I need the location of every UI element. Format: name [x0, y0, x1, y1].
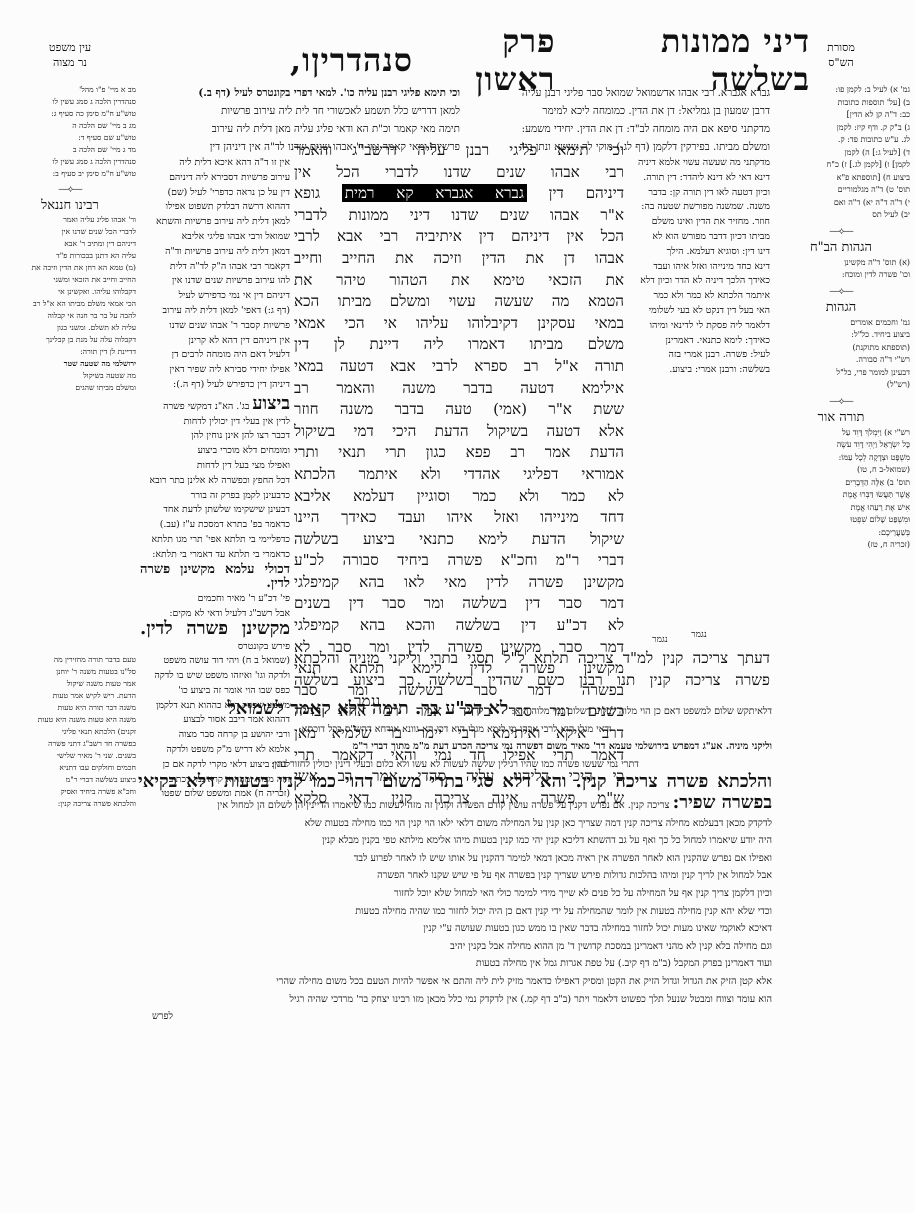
rabbeinu-chananel-line: ור' אבהו פליג עליה ואמר [4, 214, 136, 226]
tosafot-line: דמאן דלית ליה עירוב פרשיות וד"ה [140, 245, 290, 260]
gemara-line: לא כמר ולא כמר וסוגיין דעלמא אליבא [294, 486, 624, 508]
ner-mitzvah-title-line: נר מצוה [4, 55, 136, 70]
torah-or-line: כָּל יִשְׂרָאֵל וַיְהִי דָוִד עֹשֶׂה [772, 439, 910, 452]
page-catchword: לפרש [138, 1008, 772, 1026]
rabbeinu-chananel-line: טעם בדבר תורה מחזירין מה [4, 654, 136, 666]
bottom-paragraph: וגם מחילה בלא קנין לא מהני דאמרינן במסכת… [138, 938, 772, 956]
rashi-line: דינא דאי לא דינא ליהדר: דין תורה. [628, 171, 770, 186]
rabbeinu-chananel-line: בפשרה חד רשב"ג דתני פשרה [4, 738, 136, 750]
tosafot-line: שמואל ורבי אבהו פליגי אליבא [140, 230, 290, 245]
rabbeinu-chananel-line: וחכ"א פשרה ביחיד ואסיק [4, 786, 136, 798]
gemara-line: אילימא דטעה בדבר משנה והאמר רב [294, 378, 624, 400]
bottom-paragraph: הוא עומד וצווח ומבטל שנעל תלך כפשוט דלאמ… [138, 991, 772, 1009]
ornament-divider-icon: —⟡— [772, 286, 910, 299]
masoret-line: ביצוע ח) [תוספתא פ"א [772, 172, 910, 185]
rabbeinu-chananel-line: משנה היא טעות משנה היא טעות [4, 714, 136, 726]
bottom-paragraph: והלכתא פשרה צריכה קנין. והא דלא סגי בתרי… [138, 773, 772, 814]
tosafot-line: כדאמרי בי תלתא עד דאמרי בי תלתא: [140, 548, 290, 563]
torah-or-line: תוס' ב) אֵלֶּה הַדְּבָרִים [772, 477, 910, 490]
rabbeinu-chananel-line: והלכתא פשרה צריכה קנין: [4, 798, 136, 810]
rabbeinu-chananel-line: אמר טעות משנה שיקול [4, 678, 136, 690]
gemara-line: אבהו דן את הדין וזיכה את החייב וחייב [294, 248, 624, 270]
gemara-line: שיקול הדעת לימא כתנאי ביצוע בשלשה [294, 529, 624, 551]
torah-or-line: בְּשַׁעֲרֵיכֶם: [772, 527, 910, 540]
tosafot-line: כדבעינן לקמן בפרק זה בורר [140, 489, 290, 504]
bottom-paragraph: אלא קטן הזיק את הגדול וגדול הזיק את הקטן… [138, 973, 772, 991]
hagahot-line: (תוספתא מתוקנת) [772, 342, 910, 355]
bottom-paragraph: וכדי שלא יהא קנין מחילה בטעות אין לומר ש… [138, 903, 772, 921]
gemara-line: דברי ר"מ וחכ"א פשרה ביחיד סבורה לכ"ע [294, 550, 624, 572]
tosafot-dibur-hamatchil: ביצוע [252, 393, 290, 414]
bottom-paragraph: דאיכא לאוקמי שאינו מעות יכול לחזור במחיל… [138, 920, 772, 938]
gemara-line: הטמא מה שעשה עשוי ומשלם מביתו הכא [294, 291, 624, 313]
gemara-line: לא דכ"ע דין בשלשה והכא בהא קמיפלגי [294, 615, 624, 637]
rabbeinu-chananel-title: רבינו חננאל [4, 200, 136, 212]
ein-mishpat-line: סנהדרין הלכה ג סמג עשין לו [4, 156, 136, 168]
ornament-divider-icon: —⟡— [772, 396, 910, 409]
ein-mishpat-line: מג ב מיי' שם הלכה ה [4, 120, 136, 132]
rabbeinu-chananel-line: הכי אמאי משלם מביתו הא א"ל רב [4, 298, 136, 310]
hagahot-title: הגהות [772, 302, 910, 315]
rashi-line: כאידך הלכך דיניה לא הדר וכיון דלא [628, 274, 770, 289]
rabbeinu-chananel-line: ומשלם מביתו שהגים [4, 382, 136, 394]
tosafot-line: לדין אין בעלי דין יכולין לדחות [140, 415, 290, 430]
masoret-line: ב) [על' תוספות כתובות [772, 97, 910, 110]
rashi-line: דינא כחד מינייהו ואזל איהו ועבד [628, 260, 770, 275]
tosafot-line: דכבר רצו להן אינן נוחין להן [140, 429, 290, 444]
gemara-line: דעתך צריכה קנין למ"ד צריכה תלתא ל"ל תסגי… [294, 648, 770, 670]
gemara-line: א"ר אבהו שנים שדנו דיני ממונות לדברי [294, 205, 624, 227]
tosafot-line: אין זו ד"ה דהא איכא דלית ליה [140, 156, 290, 171]
tosafot-line: ואפילו מצי בעל דין לדחות [140, 459, 290, 474]
masoret-line: גמ' א) לעיל ב: לקמן פו: [772, 84, 910, 97]
bottom-paragraph: וכיון דלקמן צריך קנין אף על המחילה על כל… [138, 885, 772, 903]
bottom-commentary: דלאיתקש שלום למשפט דאם כן הוי מלוה לבלוע… [138, 700, 772, 1026]
hagahot-line: גמ' וחכמים אומרים [772, 317, 910, 330]
gemara-line-highlighted: דיניהם דין גברא אגברא קא רמית גופא [294, 183, 624, 205]
gemara-line: ששת א"ר (אמי) טעה בדבר משנה חוזר [294, 399, 624, 421]
masoret-line: תוס' ט) ד"ה מגלמוריים [772, 184, 910, 197]
masoret-line: לג. ע"ש כתובות פד: ק. [772, 134, 910, 147]
tosafot-line: (שמואל ב ח) ויהי דוד עושה משפט [140, 654, 290, 669]
tosafot-line: דיניהם דין אי נמי כדפירש לעיל [140, 289, 290, 304]
ein-mishpat-line: טוש"ע ח"מ סימן יב סעיף ב: [4, 168, 136, 180]
gemara-line: דמר סבר דין בשלשה ומר סבר דין בשנים [294, 593, 624, 615]
masoret-line: י) ד"ה ד"ה יא) ד"ה ואם [772, 197, 910, 210]
tosafot-dibur-hamatchil: דכולי עלמא מקשינן פשרה לדין. [140, 563, 290, 593]
rabbeinu-chananel-line: בשנים. שני ר' מאיר שלישי [4, 750, 136, 762]
gemara-line: הדעת אמר רב פפא כגון תרי תנאי ותרי [294, 442, 624, 464]
tosafot-line: למאן דדריש כלל תשמע לאכשורי חד לית ליה ע… [140, 102, 460, 120]
gemara-text-segment: דיניהם דין [549, 184, 624, 202]
search-highlight[interactable]: גברא אגברא קא רמית [342, 184, 527, 202]
gemara-text-segment: גופא [294, 184, 320, 202]
masoret-line: לקמן] ו) [לקמן לג.] ז) כ"ח [772, 159, 910, 172]
bottom-paragraph: לדקדק מכאן דבעלמא מחילה צריכה קנין דמה ש… [138, 815, 772, 833]
rabbeinu-chananel-line: לדברי הכל שנים שדנו אין [4, 226, 136, 238]
bottom-paragraph: וליקני מיניה. אע"ג דמפרש בירושלמי טעמא ד… [138, 738, 772, 756]
gemara-line: מקשינן פשרה לדין מאי לאו בהא קמיפלגי [294, 572, 624, 594]
rabbeinu-chananel-line: ירושלמי מה שטעה שטר [4, 358, 136, 370]
rashi-line: האי בעל דין דנקט לא בעי לשלומי [628, 304, 770, 319]
torah-or-line: רש"י א) וַיִּמְלֹךְ דָּוִד עַל [772, 427, 910, 440]
bottom-paragraph: ואפילו אם נפרש שהקנין הוא לאחר הפשרה אין… [138, 850, 772, 868]
rabbeinu-chananel-line: דקבלוה עלה על מנת בן קבלינך [4, 334, 136, 346]
tosafot-line: להו עירוב פרשיות שנים שדנו אין [140, 274, 290, 289]
gemara-line: רבי אבהו שנים שדנו לדברי הכל אין [294, 162, 624, 184]
tosafot-line: כדפליימי בי תלתא אפי' תרי מגו תלתא [140, 533, 290, 548]
gemara-line: וכי תימא פליגי רבנן עליה דרשב"ג והאמר [294, 140, 624, 162]
rabbeinu-chananel-line: הדעת. ריש לקיש אמר טעות [4, 690, 136, 702]
rashi-line: מדקתני מה שעשה עשוי אלמא דיניה [628, 156, 770, 171]
ornament-divider-icon: —⟡— [772, 226, 910, 239]
rashi-line: וכיון דטעה לאו דין תורה קן: בדבר [628, 186, 770, 201]
ein-mishpat-line: טוש"ע ח"מ סימן כה סעיף ג: [4, 108, 136, 120]
tosafot-line: כפס שבו הוי אומר זה ביצוע כו' [140, 684, 290, 699]
hagahot-line: רש"י ד"ה סבורה. [772, 354, 910, 367]
rabbeinu-chananel-line: (מ) טמא הא רחן את הדין וזיכה את [4, 262, 136, 274]
rabbeinu-chananel-line: דקבלוהו עליהו. ואקשינן אי [4, 286, 136, 298]
gemara-line: במאי עסקינן דקיבלוהו עליהו אי הכי אמאי [294, 313, 624, 335]
tosafot-line: דיניהן דין כדפירש לעיל (דף ה.): [140, 378, 290, 393]
tosafot-line: אין דיניהם דין דהא לא קרינן [140, 334, 290, 349]
rabbeinu-chananel-line: עליה הא דתנן בבכורות פ"ד [4, 250, 136, 262]
rashi-line: חוזר. מחזיר את הדין ואינו משלם [628, 215, 770, 230]
torah-or-line: (זכריה ח, טז) [772, 539, 910, 552]
hagahot-line: ביצוע ביחיד. כל"ל: [772, 329, 910, 342]
rashi-line: דרבן שמעון בן גמליאל: דן את הדין. כמומחה… [470, 102, 770, 120]
gemara-line: משלם מביתו דאמרו ליה דיינת לן דין [294, 334, 624, 356]
ein-mishpat-line: סנהדרין הלכה ג סמג עשין לו [4, 96, 136, 108]
rabbeinu-chananel-line: חכמים וחולקים עבו דתניא [4, 762, 136, 774]
hagahot-bach-title: הגהות הב"ח [772, 242, 910, 255]
tosafot-line: אפילו יחידי סבירא ליה שפיר דאין [140, 363, 290, 378]
hagahot-line: דבעינן למומר פרי, כל"ל [772, 367, 910, 380]
tosafot-line: פי' דכ"ע ר' מאיר וחכמים [140, 592, 290, 607]
rabbeinu-chananel-line: מה שטעה בשיקול [4, 370, 136, 382]
rabbeinu-chananel-line: עליה לא תשלם. ומשני בגון [4, 322, 136, 334]
tosafot-line: (דף ג:) דאפי' למאן דלית ליה עירוב [140, 304, 290, 319]
rashi-catchword-top: נגמר [630, 634, 690, 645]
tosafot-line: פירש בקונטרס [238, 641, 290, 652]
torah-or-title: תורה אור [772, 412, 910, 425]
rashi-line: כאידך: לימא כתנאי. דאמרינן [628, 334, 770, 349]
rabbeinu-chananel-line: ביצוע בשלשה דברי ר"מ [4, 774, 136, 786]
masoret-line: ד) [לעיל ג:] ה) לקמן [772, 147, 910, 160]
rashi-line: דלאמר ליה פסקת לי לדינאי ומיהו [628, 319, 770, 334]
tosafot-dibur-hamatchil: מקשינן פשרה לדין. [140, 618, 290, 639]
gemara-line: דחד מינייהו ואזל איהו ועבד כאידך היינו [294, 507, 624, 529]
page-header: דיני ממונות בשלשה פרק ראשון סנהדרין ו, [290, 38, 810, 82]
masoret-hashas: גמ' א) לעיל ב: לקמן פו: ב) [על' תוספות כ… [772, 84, 910, 222]
bottom-paragraph: ודאי מגלי הוא לרבי אבהו מי לימא מגלי הוא… [138, 721, 772, 739]
rashi-line: משנה. שמשנה מפורשת שטעה בה: [628, 200, 770, 215]
rabbeinu-chananel-line: משנה דבר תורה היא טעות [4, 702, 136, 714]
hagahot-bach-line: וכו' פשרה לדין ומוכח: [772, 269, 910, 282]
rabbeinu-chananel-line: זקנים) הלכתא תנאי פליגי [4, 726, 136, 738]
tosafot-line: דכל החפץ וכפשרה לא אלינן בתר רובא [140, 474, 290, 489]
tractate-name: סנהדרין [311, 41, 413, 79]
rashi-line: מביתו דכיון דדבר מפורש הוא לא [628, 230, 770, 245]
rashi-line: בשלשה: ורבנן אמרי: ביצוע. [628, 363, 770, 378]
rabbeinu-chananel-line: להבה על בר בר חנה אי קבלוה [4, 310, 136, 322]
ein-mishpat-line: מד ג מיי' שם הלכה ב [4, 144, 136, 156]
tosafot-line: דין על כן נראה כדפרי' לעיל (שם) [140, 186, 290, 201]
masoret-line: כב: ד"ה קן לא הדין] [772, 109, 910, 122]
torah-or-line: מִשְׁפָּט וּצְדָקָה לְכָל עַמּוֹ: [772, 452, 910, 465]
rashi-line: גברא אגברא. רבי אבהו אדשמואל שמואל סבר פ… [470, 84, 770, 102]
torah-or-line: אֲשֶׁר תַּעֲשׂוּ דַּבְּרוּ אֱמֶת [772, 489, 910, 502]
right-margin: גמ' א) לעיל ב: לקמן פו: ב) [על' תוספות כ… [772, 84, 910, 552]
hagahot-line: (רש"ל) [772, 379, 910, 392]
rashi-line: איתמר הלכתא לא כמר ולא כמר [628, 289, 770, 304]
ein-mishpat-title-line: עין משפט [4, 40, 136, 55]
catchword: נגמר [652, 635, 668, 645]
bottom-paragraph: אבל למחול אין לריך קנין ומיהו בהלכות גדו… [138, 867, 772, 885]
tosafot-line: תימה מאי קאמר וכ"ת הא ודאי פליג עליה מאן… [140, 120, 460, 138]
tosafot-line: וכי תימא פליגי רבנן עליה כו'. למאי דפרי … [140, 84, 460, 102]
ein-mishpat-line: מב א מיי' פ"ו מהל' [4, 84, 136, 96]
rabbeinu-chananel-continued: טעם בדבר תורה מחזירין מה סל"נו בטעות משנ… [4, 654, 136, 810]
ein-mishpat-line: טוש"ע שם סעיף ד: [4, 132, 136, 144]
masoret-line: יב) לעיל תס [772, 209, 910, 222]
tosafot-line: למאן דלית ליה עירוב פרשיות והשתא [140, 215, 290, 230]
tosafot-line: כדאמר בפ' בתרא דמסכת ע"ז (עב.) [140, 518, 290, 533]
hagahot-bach-line: (א) תוס' ד"ה מקשינן [772, 257, 910, 270]
rabbeinu-chananel-line: החייב וחייב את הזכאי ומשני [4, 274, 136, 286]
torah-or-line: וּמִשְׁפַּט שָׁלוֹם שִׁפְטוּ [772, 514, 910, 527]
rabbeinu-chananel-line: סל"נו בטעות משנה ר' יוחנן [4, 666, 136, 678]
rashi-commentary: מדקתני מה שעשה עשוי אלמא דיניה דינא דאי … [628, 84, 770, 643]
bottom-text: צריכה קנין. אם נפרש דקנין על פשרה עושין … [217, 800, 669, 811]
gemara-line: את הזכאי טימא את הטהור טיהר את [294, 270, 624, 292]
gemara-line: פשרה צריכה קנין תנו רבנן כשם שהדין בשלשה… [294, 670, 770, 692]
tosafot-line: פרשיות קסבר ר' אבהו שנים שדנו [140, 319, 290, 334]
gemara-line: אמוראי דפליגי אהדדי ולא איתמר הלכתא [294, 464, 624, 486]
rabbeinu-chananel-line: דיניהם דין ומתיב ר' אבא [4, 238, 136, 250]
rashi-line: דינו דין: וסוגיא דעלמא. הילך [628, 245, 770, 260]
rashi-line: מדקתני סיפא אם היה מומחה לב"ד: דן את הדי… [470, 120, 770, 138]
tosafot-line: ולדקה וגו' ואיזהו משפט שיש בו לדקה [140, 669, 290, 684]
daf-number: ו, [290, 41, 311, 79]
rashi-line: לעיל: פשרה. רבנן אמרי בזה [628, 348, 770, 363]
ornament-divider-icon: —⟡— [4, 184, 136, 196]
tosafot-line: דבעינן שישקימו שלשתן לדעת אחד [140, 503, 290, 518]
ein-mishpat: מב א מיי' פ"ו מהל' סנהדרין הלכה ג סמג עש… [4, 84, 136, 180]
torah-or-line: (שמואל-ב ח, טו) [772, 464, 910, 477]
masoret-line: ג) ב"ק ק. ודף קיז: לקמן [772, 122, 910, 135]
gemara-line: אלא דטעה בשיקול הדעת היכי דמי בשיקול [294, 421, 624, 443]
tosafot-line: דלעיל דאם היה מומחה לרבים דן [140, 348, 290, 363]
left-margin: מב א מיי' פ"ו מהל' סנהדרין הלכה ג סמג עש… [4, 84, 136, 810]
tosafot-line: בג'. הא"נ דמקשי פשרה [163, 401, 249, 412]
bottom-dibur-hamatchil: לא דכ"ע בר. תימה דלא קאמר לשמואל [227, 698, 508, 719]
bottom-paragraph: היה יודע שיאמרו למחול כל כך ואף על גב דה… [138, 832, 772, 850]
bottom-paragraph: ועוד דאמרינן בפרק המקבל (ב"מ דף קיב.) על… [138, 955, 772, 973]
rabbeinu-chananel-line: דדיינת לן דין תורה: [4, 346, 136, 358]
torah-or-line: אִישׁ אֶת רֵעֵהוּ אֱמֶת [772, 502, 910, 515]
bottom-paragraph: דלאיתקש שלום למשפט דאם כן הוי מלוה לבלוע… [138, 700, 772, 721]
tosafot-line: דההוא דרשה דבלדק תשפוט אפילו [140, 200, 290, 215]
ein-mishpat-title: עין משפט נר מצוה [4, 40, 136, 70]
gemara-line: הכל אין דיניהם דין איתיביה רבי אבא לרבי [294, 226, 624, 248]
tosafot-line: ומומחים דלא מוכרי ביצוע [140, 444, 290, 459]
tosafot-line: עירוב פרשיות דסבירא ליה דיניהם [140, 171, 290, 186]
gemara-line: תורה א"ל רב ספרא לרבי אבא דטעה במאי [294, 356, 624, 378]
bottom-text: דלאיתקש שלום למשפט דאם כן הוי מלוה לבלוע… [511, 706, 772, 717]
tosafot-line: דקאמר רבי אבהו ה"ק לד"ה דלית [140, 260, 290, 275]
